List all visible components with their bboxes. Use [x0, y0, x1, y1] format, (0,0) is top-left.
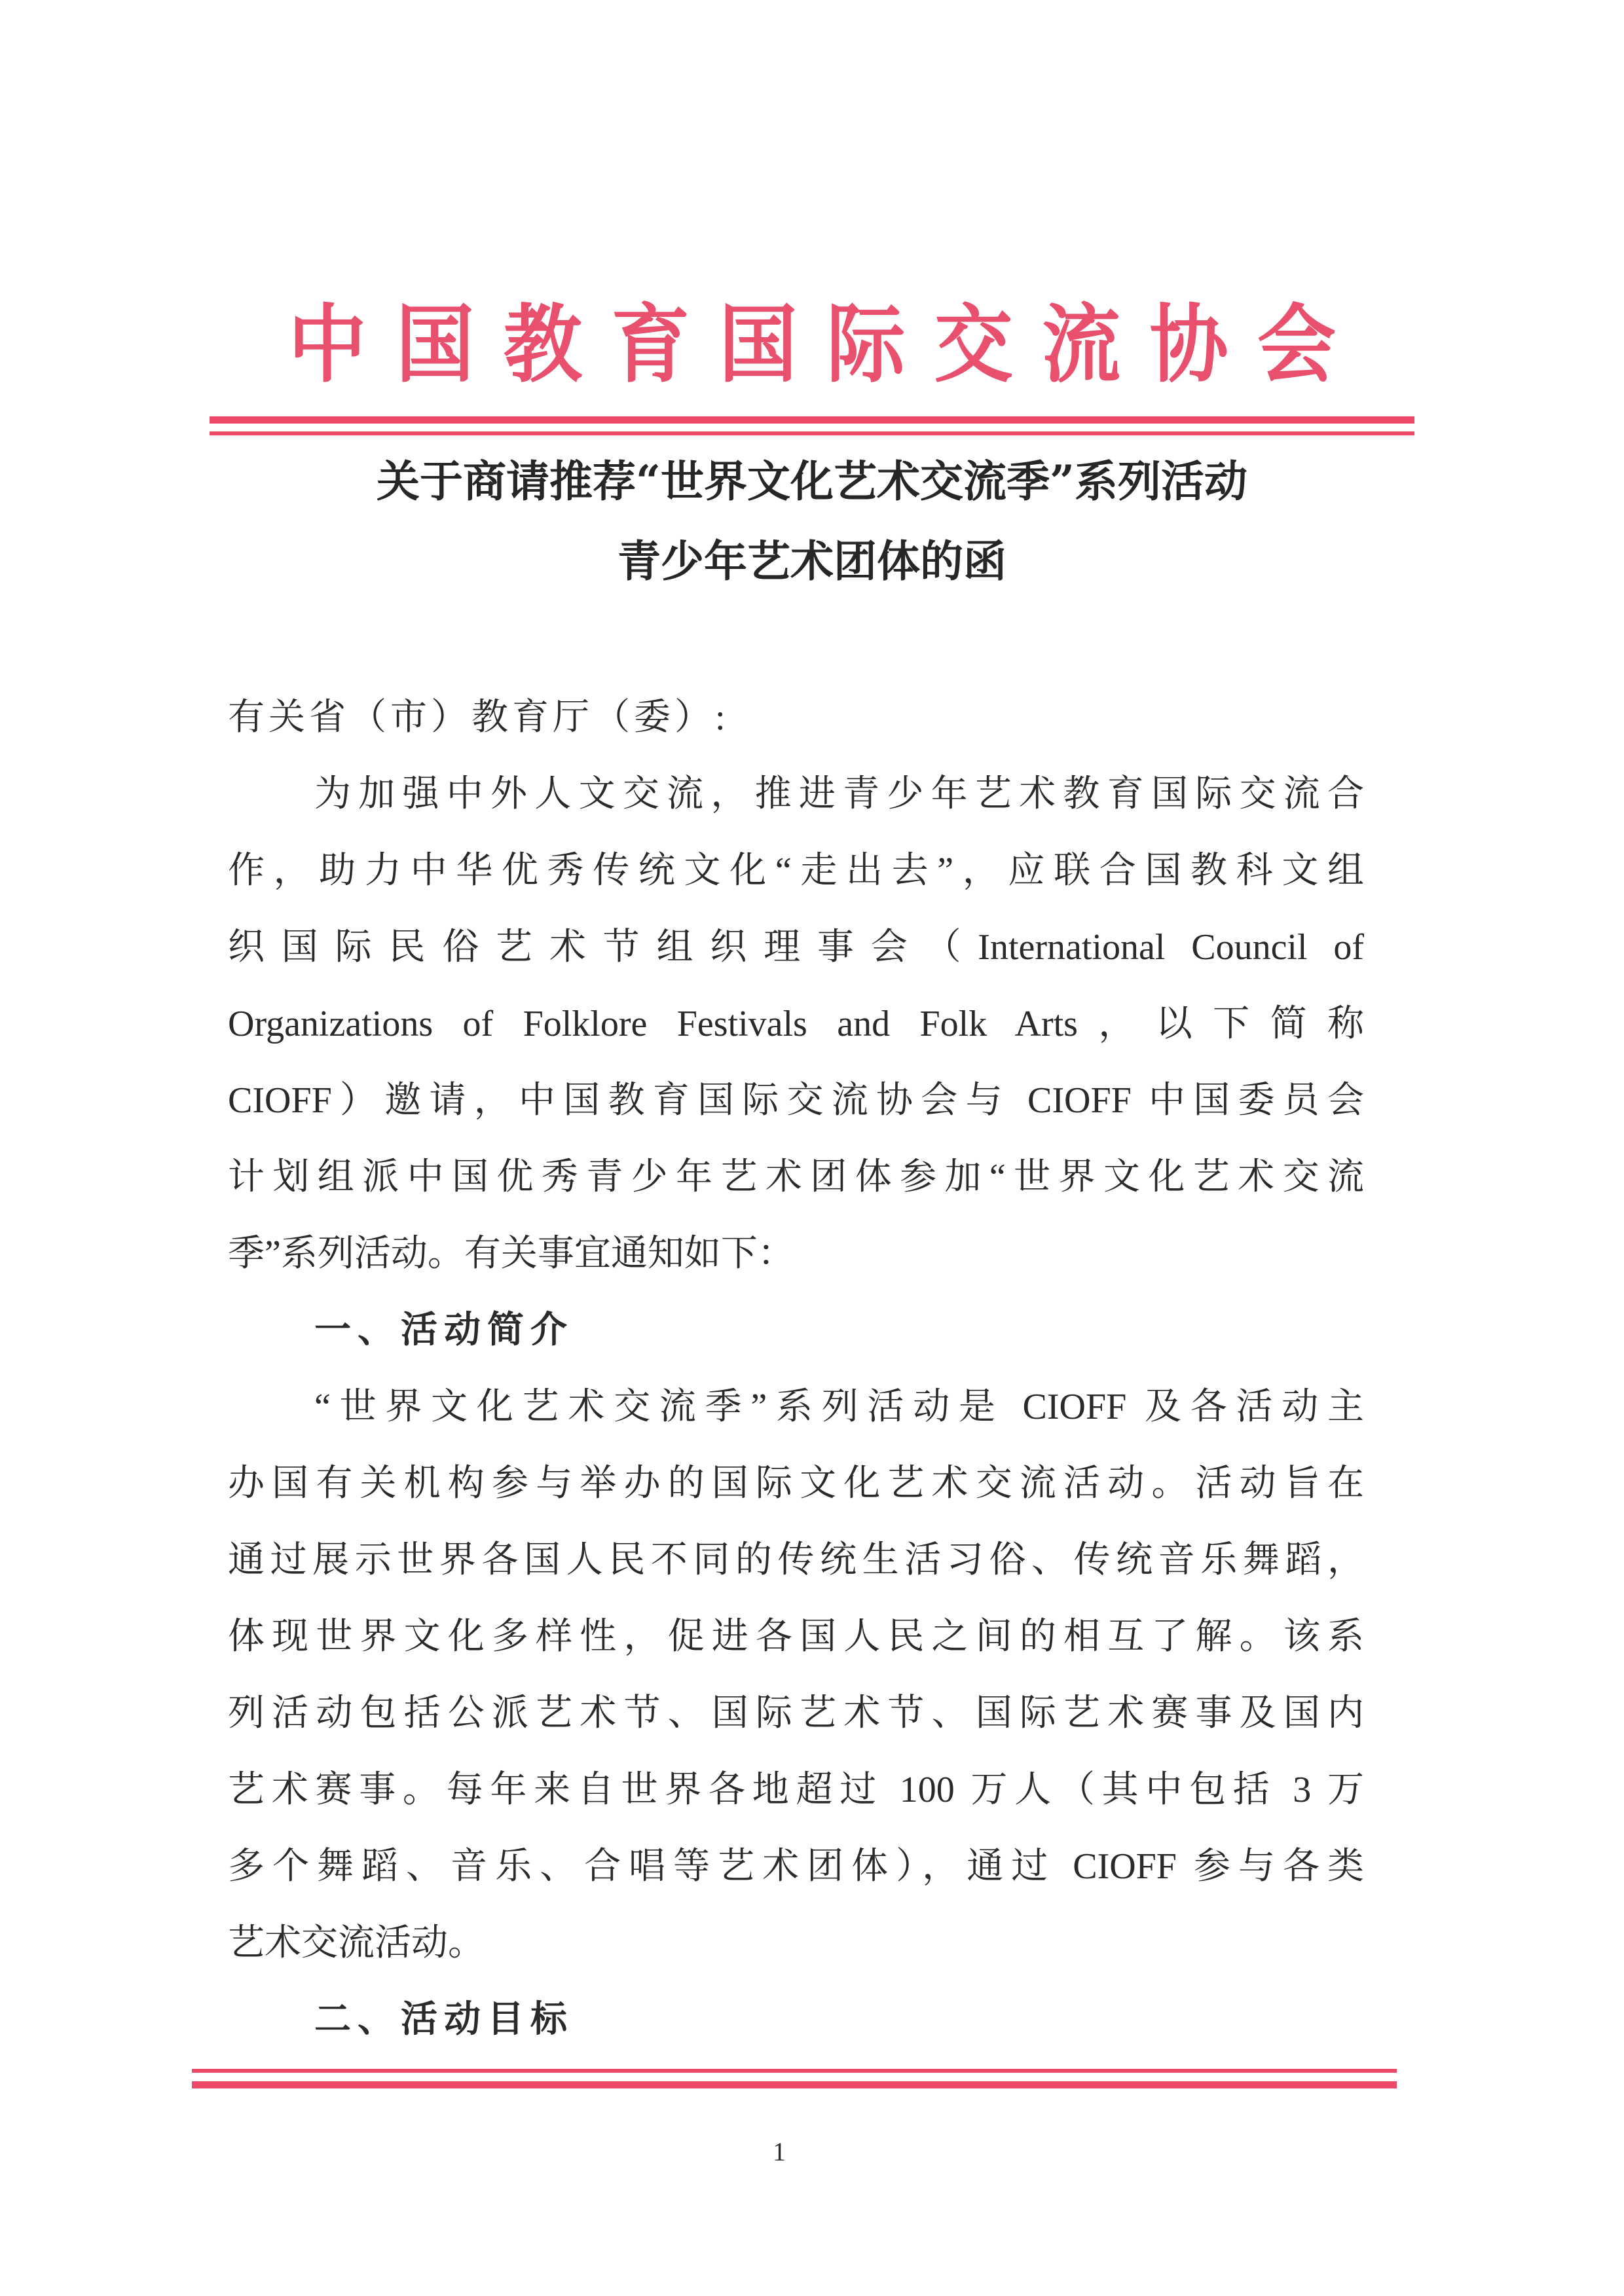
header-rule-thin [210, 431, 1414, 435]
footer-rule-thick [192, 2081, 1397, 2088]
org-name-char: 育 [611, 292, 690, 398]
paragraph-line: 艺术赛事。每年来自世界各地超过 100 万人（其中包括 3 万 [228, 1757, 1364, 1823]
header-rule-thick [210, 416, 1414, 424]
document-title-line2: 青少年艺术团体的函 [196, 532, 1428, 591]
paragraph-line: 织国际民俗艺术节组织理事会（International Council of [228, 915, 1364, 980]
paragraph-line: 作，助力中华优秀传统文化“走出去”，应联合国教科文组 [228, 838, 1364, 903]
org-name-char: 会 [1257, 292, 1336, 398]
paragraph-line: 艺术交流活动。 [228, 1910, 1364, 1976]
org-name-char: 教 [504, 292, 582, 398]
paragraph-line: “世界文化艺术交流季”系列活动是 CIOFF 及各活动主 [314, 1374, 1364, 1440]
org-name-char: 中 [288, 292, 367, 398]
org-name-char: 际 [826, 292, 905, 398]
org-name-char: 流 [1042, 292, 1120, 398]
paragraph-line: 办国有关机构参与举办的国际文化艺术交流活动。活动旨在 [228, 1451, 1364, 1516]
paragraph-line: 体现世界文化多样性，促进各国人民之间的相互了解。该系 [228, 1604, 1364, 1669]
paragraph-line: 多个舞蹈、音乐、合唱等艺术团体），通过 CIOFF 参与各类 [228, 1834, 1364, 1899]
page-number: 1 [747, 2136, 812, 2168]
footer-rule-thin [192, 2069, 1397, 2073]
letterhead-org-name: 中 国 教 育 国 际 交 流 协 会 [288, 296, 1336, 394]
paragraph-line: CIOFF）邀请，中国教育国际交流协会与 CIOFF 中国委员会 [228, 1068, 1364, 1133]
paragraph-line: 列活动包括公派艺术节、国际艺术节、国际艺术赛事及国内 [228, 1681, 1364, 1746]
org-name-char: 国 [396, 292, 474, 398]
paragraph-line: Organizations of Folklore Festivals and … [228, 991, 1364, 1057]
section-heading-1: 一、活动简介 [314, 1298, 1364, 1363]
salutation: 有关省（市）教育厅（委）: [228, 685, 1364, 750]
paragraph-line: 计划组派中国优秀青少年艺术团体参加“世界文化艺术交流 [228, 1144, 1364, 1210]
org-name-char: 协 [1150, 292, 1228, 398]
paragraph-line: 为加强中外人文交流，推进青少年艺术教育国际交流合 [314, 761, 1364, 827]
section-heading-2: 二、活动目标 [314, 1987, 1364, 2052]
paragraph-line: 季”系列活动。有关事宜通知如下： [228, 1221, 1364, 1286]
org-name-char: 交 [934, 292, 1013, 398]
document-title-line1: 关于商请推荐“世界文化艺术交流季”系列活动 [196, 452, 1428, 511]
paragraph-line: 通过展示世界各国人民不同的传统生活习俗、传统音乐舞蹈， [228, 1527, 1364, 1593]
org-name-char: 国 [719, 292, 798, 398]
